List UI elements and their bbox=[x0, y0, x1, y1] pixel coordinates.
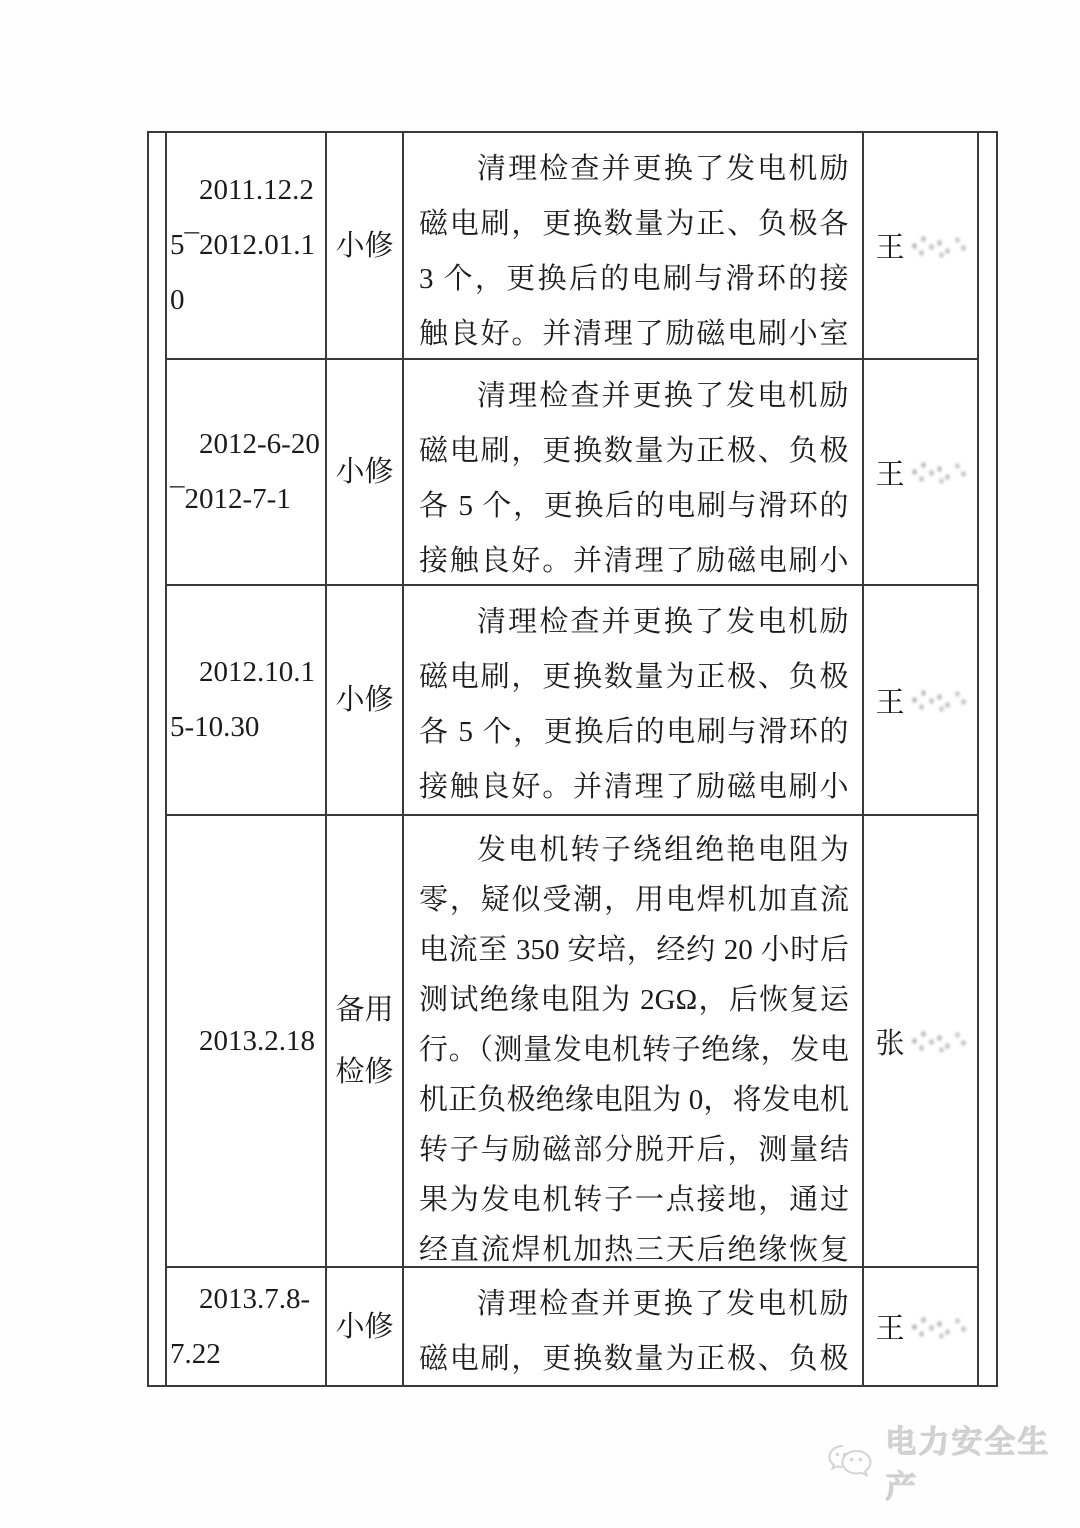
table-left-margin-strip bbox=[149, 133, 167, 1385]
work-description-text: 清理检查并更换了发电机励磁电刷，更换数量为正极、负极各 5 个，更换后 bbox=[419, 1277, 849, 1385]
cell-repair-type: 小修 bbox=[327, 1268, 404, 1385]
person-redacted-smudge bbox=[910, 1027, 966, 1055]
cell-work-description: 清理检查并更换了发电机励磁电刷，更换数量为正、负极各 3 个，更换后的电刷与滑环… bbox=[404, 133, 864, 360]
person-redacted-smudge bbox=[910, 458, 966, 486]
scanned-document-page: 2011.12.25¯2012.01.10 小修 清理检查并更换了发电机励磁电刷… bbox=[0, 0, 1080, 1528]
person-surname: 王 bbox=[875, 680, 904, 721]
table-grid: 2011.12.25¯2012.01.10 小修 清理检查并更换了发电机励磁电刷… bbox=[167, 133, 977, 1385]
repair-type-value: 小修 bbox=[335, 215, 395, 277]
person-surname: 王 bbox=[875, 452, 904, 493]
date-value: 2012-6-20¯2012-7-1 bbox=[170, 417, 322, 527]
cell-work-description: 清理检查并更换了发电机励磁电刷，更换数量为正极、负极各 5 个，更换后的电刷与滑… bbox=[404, 586, 864, 816]
work-description-text: 清理检查并更换了发电机励磁电刷，更换数量为正、负极各 3 个，更换后的电刷与滑环… bbox=[419, 142, 849, 360]
cell-repair-type: 小修 bbox=[327, 360, 404, 586]
repair-type-value: 小修 bbox=[335, 669, 395, 731]
cell-date: 2012-6-20¯2012-7-1 bbox=[167, 360, 327, 586]
person-surname: 王 bbox=[875, 1306, 904, 1347]
repair-type-value: 小修 bbox=[335, 441, 395, 503]
wechat-logo-icon bbox=[826, 1438, 878, 1487]
watermark: 电力安全生产 bbox=[826, 1436, 1080, 1488]
work-description-text: 发电机转子绕组绝艳电阻为零，疑似受潮，用电焊机加直流电流至 350 安培，经约 … bbox=[419, 825, 849, 1268]
cell-work-description: 清理检查并更换了发电机励磁电刷，更换数量为正极、负极各 5 个，更换后 bbox=[404, 1268, 864, 1385]
watermark-text: 电力安全生产 bbox=[886, 1417, 1080, 1507]
date-value: 2013.7.8-7.22 bbox=[170, 1272, 322, 1382]
date-value: 2011.12.25¯2012.01.10 bbox=[170, 163, 322, 328]
cell-person: 王 bbox=[864, 586, 977, 816]
cell-date: 2013.2.18 bbox=[167, 816, 327, 1268]
person-redacted-smudge bbox=[910, 1313, 966, 1341]
work-description-text: 清理检查并更换了发电机励磁电刷，更换数量为正极、负极各 5 个，更换后的电刷与滑… bbox=[419, 369, 849, 586]
person-redacted-smudge bbox=[910, 232, 966, 260]
person-name: 王 bbox=[875, 680, 965, 721]
person-name: 王 bbox=[875, 225, 965, 266]
cell-person: 王 bbox=[864, 133, 977, 360]
table-right-margin-strip bbox=[977, 133, 996, 1385]
cell-person: 张 bbox=[864, 816, 977, 1268]
cell-repair-type: 小修 bbox=[327, 133, 404, 360]
cell-repair-type: 小修 bbox=[327, 586, 404, 816]
cell-repair-type: 备用检修 bbox=[327, 816, 404, 1268]
cell-date: 2012.10.15-10.30 bbox=[167, 586, 327, 816]
cell-work-description: 发电机转子绕组绝艳电阻为零，疑似受潮，用电焊机加直流电流至 350 安培，经约 … bbox=[404, 816, 864, 1268]
repair-type-value: 小修 bbox=[335, 1296, 395, 1358]
person-name: 王 bbox=[875, 452, 965, 493]
maintenance-record-table: 2011.12.25¯2012.01.10 小修 清理检查并更换了发电机励磁电刷… bbox=[147, 131, 998, 1387]
person-name: 王 bbox=[875, 1306, 965, 1347]
person-name: 张 bbox=[875, 1021, 965, 1062]
person-surname: 王 bbox=[875, 225, 904, 266]
cell-person: 王 bbox=[864, 1268, 977, 1385]
repair-type-value: 备用检修 bbox=[335, 979, 395, 1103]
date-value: 2012.10.15-10.30 bbox=[170, 645, 322, 755]
person-redacted-smudge bbox=[910, 686, 966, 714]
cell-date: 2013.7.8-7.22 bbox=[167, 1268, 327, 1385]
person-surname: 张 bbox=[875, 1021, 904, 1062]
work-description-text: 清理检查并更换了发电机励磁电刷，更换数量为正极、负极各 5 个，更换后的电刷与滑… bbox=[419, 595, 849, 816]
cell-date: 2011.12.25¯2012.01.10 bbox=[167, 133, 327, 360]
date-value: 2013.2.18 bbox=[170, 1014, 322, 1069]
cell-person: 王 bbox=[864, 360, 977, 586]
cell-work-description: 清理检查并更换了发电机励磁电刷，更换数量为正极、负极各 5 个，更换后的电刷与滑… bbox=[404, 360, 864, 586]
